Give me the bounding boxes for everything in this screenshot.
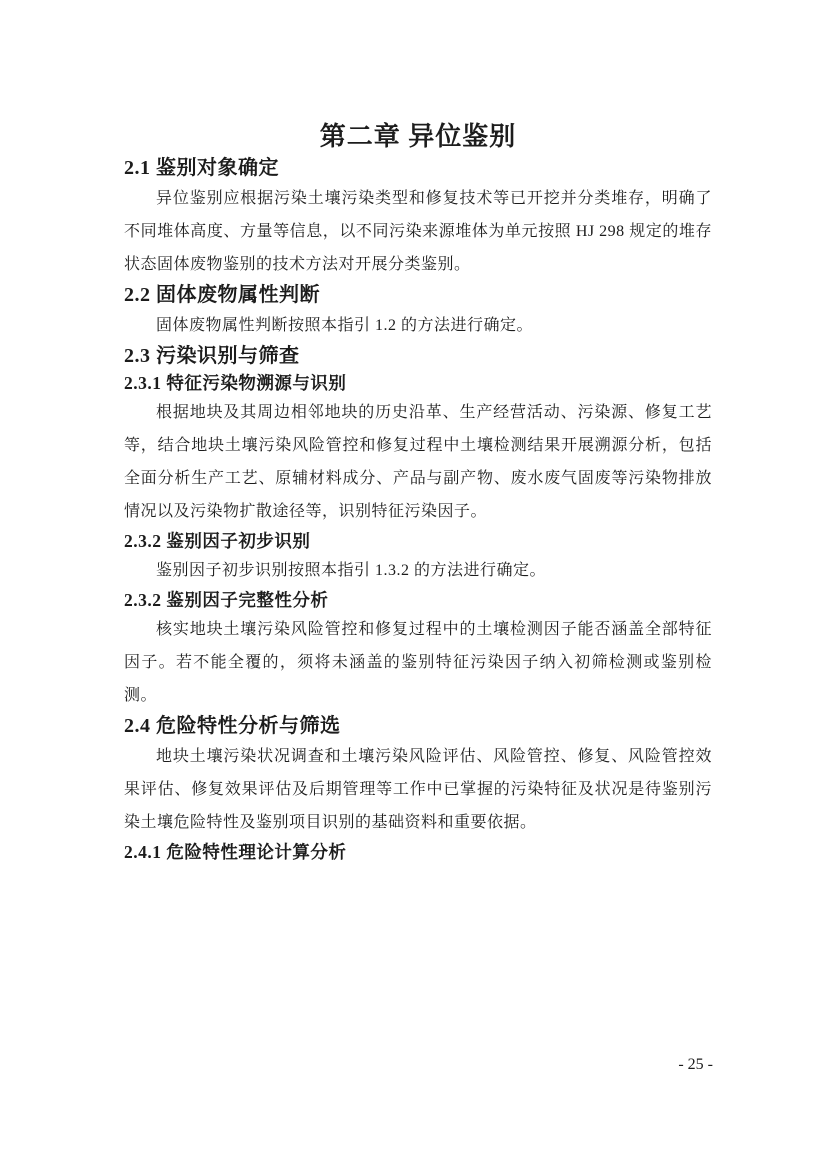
subsection-heading-2-3-1: 2.3.1 特征污染物溯源与识别 [124, 370, 712, 396]
paragraph-factor-completeness: 核实地块土壤污染风险管控和修复过程中的土壤检测因子能否涵盖全部特征因子。若不能全… [124, 613, 712, 712]
paragraph-hazard-analysis-basis: 地块土壤污染状况调查和土壤污染风险评估、风险管控、修复、风险管控效果评估、修复效… [124, 740, 712, 839]
subsection-heading-2-4-1: 2.4.1 危险特性理论计算分析 [124, 839, 712, 865]
section-heading-2-2: 2.2 固体废物属性判断 [124, 281, 712, 309]
document-page: 第二章 异位鉴别 2.1 鉴别对象确定 异位鉴别应根据污染土壤污染类型和修复技术… [0, 0, 826, 1169]
section-heading-2-4: 2.4 危险特性分析与筛选 [124, 712, 712, 740]
paragraph-factor-initial-identification: 鉴别因子初步识别按照本指引 1.3.2 的方法进行确定。 [124, 554, 712, 587]
paragraph-identification-target: 异位鉴别应根据污染土壤污染类型和修复技术等已开挖并分类堆存，明确了不同堆体高度、… [124, 182, 712, 281]
document-content: 第二章 异位鉴别 2.1 鉴别对象确定 异位鉴别应根据污染土壤污染类型和修复技术… [124, 0, 712, 865]
section-heading-2-1: 2.1 鉴别对象确定 [124, 154, 712, 182]
paragraph-solid-waste-attribute: 固体废物属性判断按照本指引 1.2 的方法进行确定。 [124, 309, 712, 342]
chapter-title: 第二章 异位鉴别 [124, 0, 712, 154]
section-heading-2-3: 2.3 污染识别与筛查 [124, 342, 712, 370]
page-number: - 25 - [678, 1053, 713, 1077]
subsection-heading-2-3-2-completeness: 2.3.2 鉴别因子完整性分析 [124, 587, 712, 613]
paragraph-pollutant-tracing: 根据地块及其周边相邻地块的历史沿革、生产经营活动、污染源、修复工艺等，结合地块土… [124, 396, 712, 528]
subsection-heading-2-3-2-initial: 2.3.2 鉴别因子初步识别 [124, 528, 712, 554]
